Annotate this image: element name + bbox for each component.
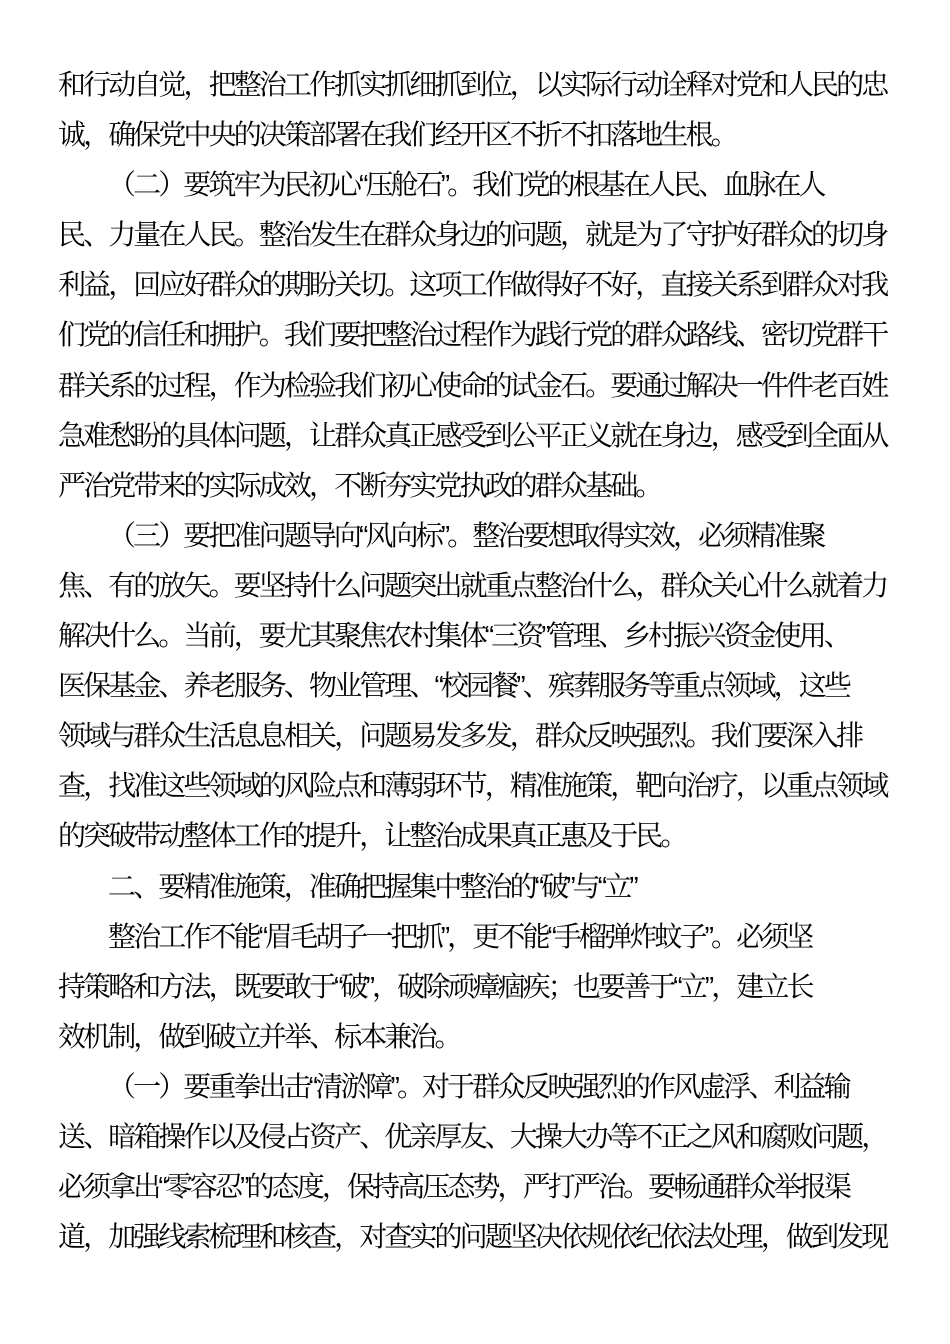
document-body: 和行动自觉，把整治工作抓实抓细抓到位，以实际行动诠释对党和人民的忠诚，确保党中央…: [58, 60, 892, 1262]
text-line: （二）要筑牢为民初心“压舱石”。我们党的根基在人民、血脉在人: [58, 160, 892, 210]
text-line: 焦、有的放矢。要坚持什么问题突出就重点整治什么，群众关心什么就着力: [58, 561, 892, 611]
text-line: 查，找准这些领域的风险点和薄弱环节，精准施策，靶向治疗，以重点领域: [58, 761, 892, 811]
text-line: 急难愁盼的具体问题，让群众真正感受到公平正义就在身边，感受到全面从: [58, 411, 892, 461]
text-line: 医保基金、养老服务、物业管理、“校园餐”、殡葬服务等重点领域，这些: [58, 661, 892, 711]
text-line: 道，加强线索梳理和核查，对查实的问题坚决依规依纪依法处理，做到发现: [58, 1212, 892, 1262]
text-line: 严治党带来的实际成效，不断夯实党执政的群众基础。: [58, 461, 892, 511]
text-line: 持策略和方法，既要敢于“破”，破除顽瘴痼疾；也要善于“立”，建立长: [58, 962, 892, 1012]
text-line: 必须拿出“零容忍”的态度，保持高压态势，严打严治。要畅通群众举报渠: [58, 1162, 892, 1212]
document-page: 和行动自觉，把整治工作抓实抓细抓到位，以实际行动诠释对党和人民的忠诚，确保党中央…: [0, 0, 950, 1344]
text-line: 和行动自觉，把整治工作抓实抓细抓到位，以实际行动诠释对党和人民的忠: [58, 60, 892, 110]
text-line: 效机制，做到破立并举、标本兼治。: [58, 1012, 892, 1062]
text-line: 整治工作不能“眉毛胡子一把抓”，更不能“手榴弹炸蚊子”。必须坚: [58, 912, 892, 962]
text-line: 解决什么。当前，要尤其聚焦农村集体“三资”管理、乡村振兴资金使用、: [58, 611, 892, 661]
text-line: 们党的信任和拥护。我们要把整治过程作为践行党的群众路线、密切党群干: [58, 310, 892, 360]
text-line: 群关系的过程，作为检验我们初心使命的试金石。要通过解决一件件老百姓: [58, 361, 892, 411]
text-line: （一）要重拳出击“清淤障”。对于群众反映强烈的作风虚浮、利益输: [58, 1062, 892, 1112]
text-line: 民、力量在人民。整治发生在群众身边的问题，就是为了守护好群众的切身: [58, 210, 892, 260]
text-line: 利益，回应好群众的期盼关切。这项工作做得好不好，直接关系到群众对我: [58, 260, 892, 310]
section-heading: 二、要精准施策，准确把握集中整治的“破”与“立”: [58, 862, 892, 912]
text-line: 的突破带动整体工作的提升，让整治成果真正惠及于民。: [58, 811, 892, 861]
text-line: （三）要把准问题导向“风向标”。整治要想取得实效，必须精准聚: [58, 511, 892, 561]
text-line: 送、暗箱操作以及侵占资产、优亲厚友、大操大办等不正之风和腐败问题，: [58, 1112, 892, 1162]
text-line: 诚，确保党中央的决策部署在我们经开区不折不扣落地生根。: [58, 110, 892, 160]
text-line: 领域与群众生活息息相关，问题易发多发，群众反映强烈。我们要深入排: [58, 711, 892, 761]
